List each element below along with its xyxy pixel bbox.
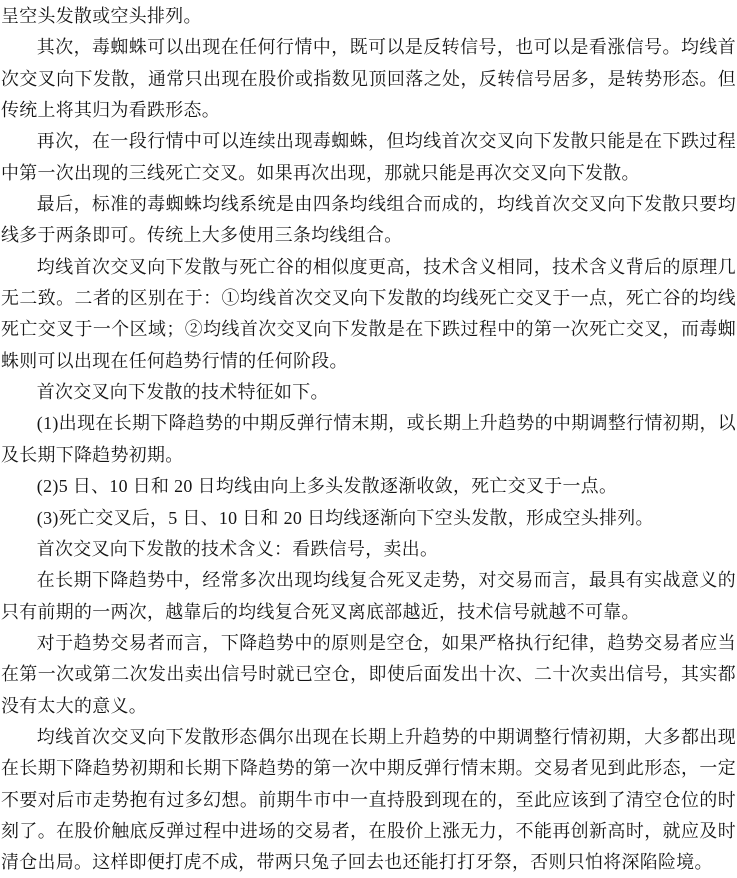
paragraph: 首次交叉向下发散的技术特征如下。 [1,377,736,408]
paragraph: (2)5 日、10 日和 20 日均线由向上多头发散逐渐收敛，死亡交叉于一点。 [1,471,736,502]
paragraph: 对于趋势交易者而言，下降趋势中的原则是空仓，如果严格执行纪律，趋势交易者应当在第… [1,628,736,722]
text-body: 呈空头发散或空头排列。其次，毒蜘蛛可以出现在任何行情中，既可以是反转信号，也可以… [1,1,736,878]
paragraph: (3)死亡交叉后，5 日、10 日和 20 日均线逐渐向下空头发散，形成空头排列… [1,503,736,534]
paragraph: 在长期下降趋势中，经常多次出现均线复合死叉走势，对交易而言，最具有实战意义的只有… [1,565,736,628]
paragraph: 首次交叉向下发散的技术含义：看跌信号，卖出。 [1,534,736,565]
paragraph: 最后，标准的毒蜘蛛均线系统是由四条均线组合而成的，均线首次交叉向下发散只要均线多… [1,189,736,252]
paragraph: 呈空头发散或空头排列。 [1,1,736,32]
paragraph: (1)出现在长期下降趋势的中期反弹行情末期，或长期上升趋势的中期调整行情初期，以… [1,408,736,471]
paragraph: 均线首次交叉向下发散形态偶尔出现在长期上升趋势的中期调整行情初期，大多都出现在长… [1,722,736,878]
paragraph: 均线首次交叉向下发散与死亡谷的相似度更高，技术含义相同，技术含义背后的原理几无二… [1,252,736,377]
paragraph: 其次，毒蜘蛛可以出现在任何行情中，既可以是反转信号，也可以是看涨信号。均线首次交… [1,32,736,126]
paragraph: 再次，在一段行情中可以连续出现毒蜘蛛，但均线首次交叉向下发散只能是在下跌过程中第… [1,126,736,189]
document-page: 呈空头发散或空头排列。其次，毒蜘蛛可以出现在任何行情中，既可以是反转信号，也可以… [0,0,737,878]
